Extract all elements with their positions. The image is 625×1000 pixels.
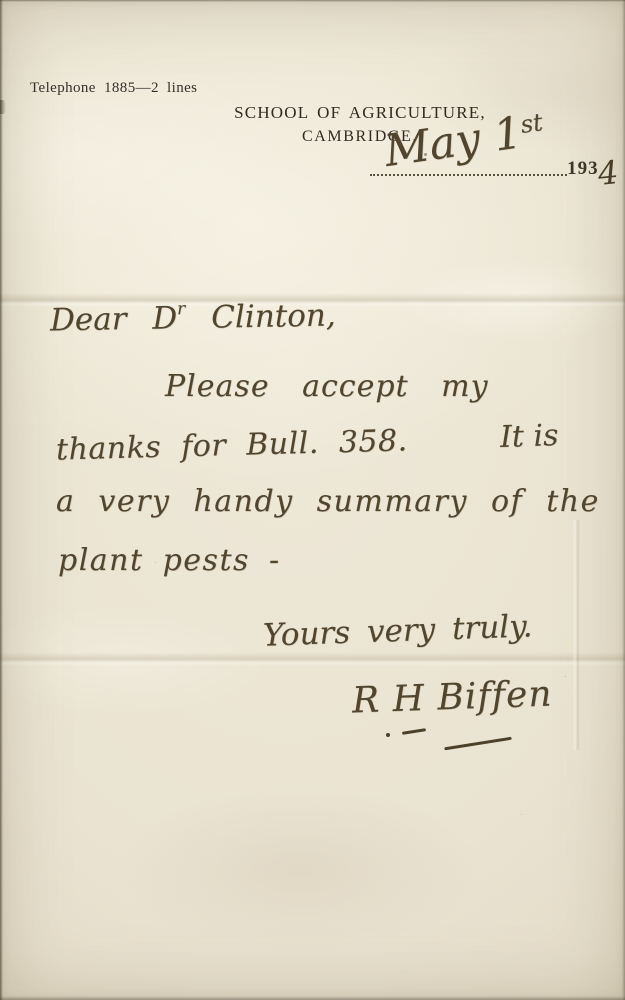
closing-valediction: Yours very truly.: [263, 611, 533, 651]
fold-crease-lower: [0, 652, 625, 666]
printed-year-prefix: 193: [567, 159, 599, 178]
scan-edge-left: [0, 0, 3, 1000]
salutation: Dear Dr Clinton,: [50, 299, 336, 337]
body-line-1: Please accept my: [165, 372, 489, 402]
letter-scan: Telephone 1885—2 lines SCHOOL OF AGRICUL…: [0, 0, 625, 1000]
signature-flourish-dash: [402, 728, 426, 735]
signature: R H Biffen: [351, 677, 553, 720]
salutation-start: Dear D: [50, 300, 178, 338]
salutation-end: Clinton,: [185, 298, 336, 337]
vertical-crease: [572, 520, 580, 750]
body-line-4: plant pests -: [58, 546, 281, 576]
signature-flourish-dot: [386, 733, 390, 737]
date-ordinal-suffix: st: [519, 108, 545, 139]
handwritten-year-digit: 4: [597, 161, 620, 185]
body-line-3: a very handy summary of the: [56, 487, 600, 517]
signature-flourish-underline: [444, 737, 512, 751]
body-line-2-continued: It is: [499, 421, 558, 453]
scan-edge-bottom: [0, 996, 625, 1000]
telephone-line: Telephone 1885—2 lines: [30, 80, 197, 97]
scan-edge-nick: [0, 100, 6, 114]
scan-edge-top: [0, 0, 625, 2]
body-line-2: thanks for Bull. 358.: [56, 426, 408, 465]
